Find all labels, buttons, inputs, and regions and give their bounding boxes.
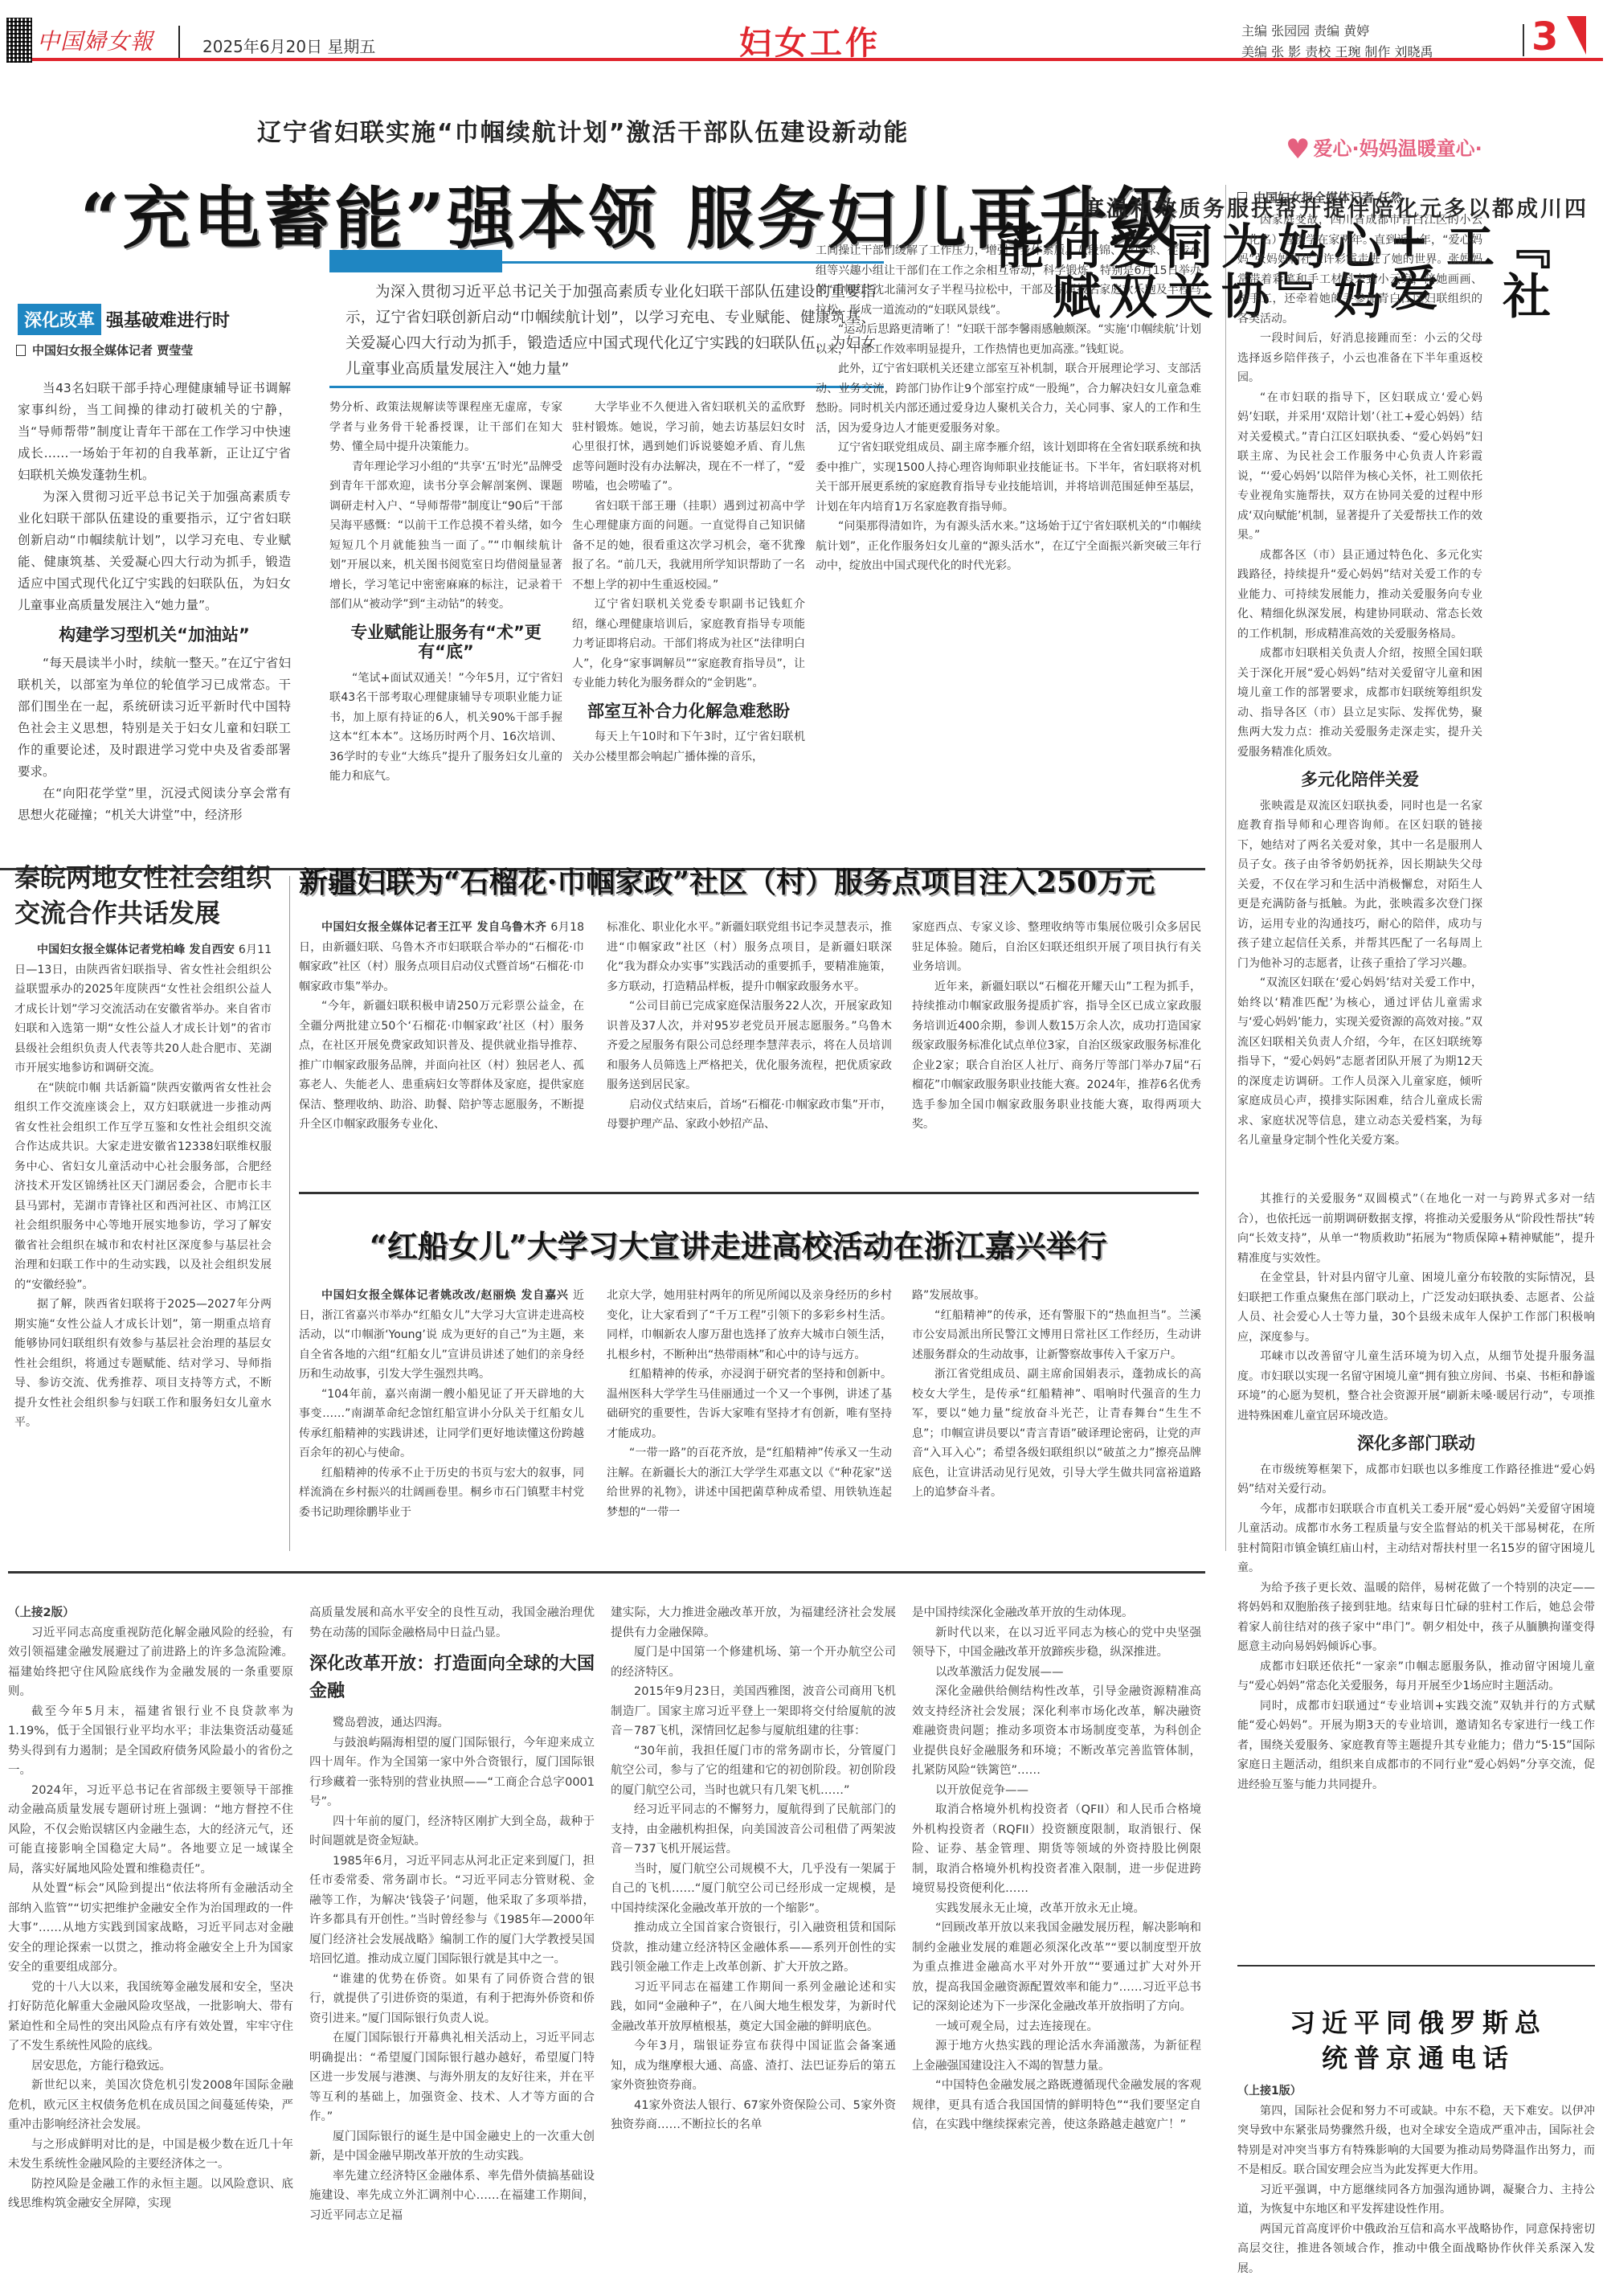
paragraph: 一域可观全局，过去连接现在。 bbox=[912, 2017, 1201, 2037]
paragraph: “谁建的优势在侨资。如果有了同侨资合营的银行，就提供了引进侨资的渠道，有利于把海… bbox=[309, 1970, 595, 2029]
tag-text: 强基破难进行时 bbox=[106, 307, 230, 332]
paragraph: 成都市妇联还依托“一家亲”巾帼志愿服务队，推动留守困境儿童与“爱心妈妈”常态化关… bbox=[1237, 1657, 1595, 1696]
paragraph: 从处置“标会”风险到提出“依法将所有金融活动全部纳入监管”“切实把维护金融安全作… bbox=[8, 1879, 293, 1978]
paragraph: 今年3月，瑞银证券宣布获得中国证监会备案通知，成为继摩根大通、高盛、渣打、法巴证… bbox=[611, 2036, 896, 2096]
paragraph: “笔试+面试双通关！”今年5月，辽宁省妇联43名干部考取心理健康辅导专项职业能力… bbox=[329, 669, 562, 787]
paragraph: “中国特色金融发展之路既遵循现代金融发展的客观规律，更具有适合我国国情的鲜明特色… bbox=[912, 2076, 1201, 2135]
paragraph: 防控风险是金融工作的永恒主题。以风险意识、底线思维构筑金融安全屏障，实现 bbox=[8, 2175, 293, 2214]
byline-box-icon bbox=[16, 345, 26, 356]
credits-line-1: 主编 张园园 责编 黄婷 bbox=[1241, 21, 1433, 42]
paragraph: 以开放促竞争—— bbox=[912, 1781, 1201, 1801]
column-tag: 深化改革强基破难进行时 bbox=[18, 304, 230, 335]
paragraph: 据了解，陕西省妇联将于2025—2027年分两期实施“女性公益人才成长计划”，第… bbox=[14, 1295, 272, 1433]
paragraph: 新世纪以来，美国次贷危机引发2008年国际金融危机，欧元区主权债务危机在成员国之… bbox=[8, 2076, 293, 2135]
paragraph: 家庭西点、专家义诊、整理收纳等市集展位吸引众多居民驻足体验。随后，自治区妇联还组… bbox=[912, 918, 1201, 977]
paragraph: 与之形成鲜明对比的是，中国是极少数在近几十年未发生系统性金融风险的主要经济体之一… bbox=[8, 2135, 293, 2175]
paragraph: “双流区妇联在‘爱心妈妈’结对关爱工作中，始终以‘精准匹配’为核心，通过评估儿童… bbox=[1237, 973, 1482, 1151]
paragraph: 路”发展故事。 bbox=[912, 1286, 1201, 1306]
vertical-title: 『社工+爱心妈妈』为协同关爱双向赋能 bbox=[1495, 221, 1551, 321]
subhead: 构建学习型机关“加油站” bbox=[18, 624, 291, 646]
logo-divider bbox=[178, 26, 180, 58]
paragraph: “30年前，我担任厦门市的常务副市长，分管厦门航空公司，参与了它的组建和它的初创… bbox=[611, 1741, 896, 1801]
paragraph: 为给予孩子更长效、温暖的陪伴，易树花做了一个特别的决定——将妈妈和双胞胎孩子接到… bbox=[1237, 1578, 1595, 1657]
column-divider bbox=[289, 876, 290, 1551]
paragraph: 实践发展永无止境，改革开放永无止境。 bbox=[912, 1899, 1201, 1919]
subhead: 专业赋能让服务有“术”更有“底” bbox=[329, 623, 562, 662]
paragraph: 厦门是中国第一个修建机场、第一个开办航空公司的经济特区。 bbox=[611, 1643, 896, 1682]
paragraph: 深化金融供给侧结构性改革，引导金融资源精准高效支持经济社会发展；深化利率市场化改… bbox=[912, 1682, 1201, 1781]
paragraph: 同时，成都市妇联通过“专业培训+实践交流”双轨并行的方式赋能“爱心妈妈”。开展为… bbox=[1237, 1696, 1595, 1795]
paragraph: 北京大学，她用驻村两年的所见所闻以及亲身经历的乡村变化，让大家看到了“千万工程”… bbox=[607, 1286, 892, 1365]
paragraph: “问渠那得清如许，为有源头活水来。”这场始于辽宁省妇联机关的“巾帼续航计划”，正… bbox=[816, 517, 1201, 576]
aixin-body-continued: 其推行的关爱服务“双圆模式”（在地化一对一与跨界式多对一结合），也依托远一前期调… bbox=[1237, 1189, 1595, 1961]
subhead: 深化改革开放：打造面向全球的大国金融 bbox=[309, 1651, 595, 1705]
hongchuan-column-3: 路”发展故事。 “红船精神”的传承，还有警服下的“热血担当”。兰溪市公安局派出所… bbox=[912, 1286, 1201, 1551]
paragraph: 近年来，新疆妇联以“石榴花开耀天山”工程为抓手，持续推动巾帼家政服务提质扩容，指… bbox=[912, 977, 1201, 1135]
paragraph: 建实际，大力推进金融改革开放，为福建经济社会发展提供有力金融保障。 bbox=[611, 1603, 896, 1643]
lead-column-2: 势分析、政策法规解读等课程座无虚席，专家学者与业务骨干轮番授课，让干部们在知大势… bbox=[329, 398, 562, 840]
paragraph: 6月11日—13日，由陕西省妇联指导、省女性社会组织公益联盟承办的2025年度陕… bbox=[14, 943, 272, 1074]
dateline: 中国妇女报全媒体记者王江平 发自乌鲁木齐 bbox=[321, 921, 546, 934]
paragraph: “在市妇联的指导下，区妇联成立‘爱心妈妈’妇联，并采用‘双陪计划’（社工+爱心妈… bbox=[1237, 388, 1482, 546]
paragraph: 是中国持续深化金融改革开放的生动体现。 bbox=[912, 1603, 1201, 1623]
paragraph: 红船精神的传承不止于历史的书页与宏大的叙事，同样流淌在乡村振兴的壮阔画卷里。桐乡… bbox=[299, 1463, 584, 1523]
paragraph: 在“向阳花学堂”里，沉浸式阅读分享会常有思想火花碰撞；“机关大讲堂”中，经济形 bbox=[18, 783, 291, 826]
paragraph: 邛崃市以改善留守儿童生活环境为切入点，从细节处提升服务温度。市妇联以实现一名留守… bbox=[1237, 1347, 1595, 1426]
paragraph: 成都市妇联相关负责人介绍，按照全国妇联关于深化开展“爱心妈妈”结对关爱留守儿童和… bbox=[1237, 644, 1482, 762]
paragraph: 以改革激活力促发展—— bbox=[912, 1663, 1201, 1683]
subhead: 深化多部门联动 bbox=[1237, 1434, 1595, 1454]
paragraph: 在“陕皖巾帼 共话新篇”陕西安徽两省女性社会组织工作交流座谈会上，双方妇联就进一… bbox=[14, 1078, 272, 1295]
paragraph: 居安思危，方能行稳致远。 bbox=[8, 2057, 293, 2077]
logo-text: 爱心·妈妈温暖童心· bbox=[1313, 137, 1482, 160]
finance-column-2: 高质量发展和高水平安全的良性互动，我国金融治理优势在动荡的国际金融格局中日益凸显… bbox=[309, 1603, 595, 2294]
paragraph: 红船精神的传承，亦浸润于研究者的坚持和创新中。温州医科大学学生马佳丽通过一个又一… bbox=[607, 1365, 892, 1443]
paragraph: 1985年6月，习近平同志从河北正定来到厦门，担任市委常委、常务副市长。“习近平… bbox=[309, 1852, 595, 1970]
hongchuan-column-1: 中国妇女报全媒体记者姚改改/赵丽焕 发自嘉兴 近日，浙江省嘉兴市举办“红船女儿”… bbox=[299, 1286, 584, 1551]
continued-label: （上接1版） bbox=[1237, 2085, 1302, 2098]
subhead: 部室互补合力化解急难愁盼 bbox=[572, 702, 805, 722]
xiputin-body: （上接1版） 第四，国际社会促和努力不可或缺。中东不稳，天下难安。以伊冲突导致中… bbox=[1237, 2081, 1595, 2290]
paragraph: 每天上午10时和下午3时，辽宁省妇联机关办公楼里都会响起广播体操的音乐， bbox=[572, 727, 805, 767]
intro-bar-bottom bbox=[329, 386, 884, 388]
byline-text: 中国妇女报全媒体记者 贾莹莹 bbox=[32, 343, 193, 358]
paragraph: 近日，浙江省嘉兴市举办“红船女儿”大学习大宣讲走进高校活动，以“巾帼浙‘Youn… bbox=[299, 1289, 584, 1381]
aixin-mama-logo: ♥爱心·妈妈温暖童心· bbox=[1286, 133, 1482, 166]
paragraph: 青年理论学习小组的“共享‘五’时光”品牌受到青年干部欢迎，读书分享会解剖案例、课… bbox=[329, 457, 562, 615]
xiputin-headline[interactable]: 习近平同俄罗斯总统普京通电话 bbox=[1286, 2005, 1551, 2076]
masthead-rule bbox=[32, 58, 1603, 61]
paragraph: 成都各区（市）县正通过特色化、多元化实践路径，持续提升“爱心妈妈”结对关爱工作的… bbox=[1237, 546, 1482, 645]
lead-intro: 为深入贯彻习近平总书记关于加强高素质专业化妇联干部队伍建设的重要指示，辽宁省妇联… bbox=[346, 280, 876, 383]
paragraph: 启动仪式结束后，首场“石榴花·巾帼家政市集”开市，母婴护理产品、家政小妙招产品、 bbox=[607, 1095, 892, 1135]
paragraph: 2015年9月23日，美国西雅图，波音公司商用飞机制造厂。国家主席习近平登上一架… bbox=[611, 1682, 896, 1741]
paragraph: 此外，辽宁省妇联机关还建立部室互补机制，联合开展理论学习、支部活动、业务交流，跨… bbox=[816, 359, 1201, 438]
paragraph: 因家庭变故，四川省成都市青白江区的小云（化名）曾辍学在家两年。直到近一年，“爱心… bbox=[1237, 211, 1482, 329]
paragraph: 四十年前的厦门，经济特区刚扩大到全岛，裁种于时间题就是资金短缺。 bbox=[309, 1812, 595, 1852]
paragraph: “回顾改革开放以来我国金融发展历程，解决影响和制约金融业发展的难题必须深化改革”… bbox=[912, 1918, 1201, 2017]
continued-label: （上接2版） bbox=[8, 1606, 75, 1619]
paragraph: 截至今年5月末，福建省银行业不良贷款率为1.19%，低于全国银行业平均水平；非法… bbox=[8, 1702, 293, 1781]
xinjiang-headline[interactable]: 新疆妇联为“石榴花·巾帼家政”社区（村）服务点项目注入250万元 bbox=[299, 860, 1199, 901]
xinjiang-column-1: 中国妇女报全媒体记者王江平 发自乌鲁木齐 6月18日，由新疆妇联、乌鲁木齐市妇联… bbox=[299, 918, 584, 1183]
paragraph: 习近平强调，中方愿继续同各方加强沟通协调，凝聚合力、主持公道，为恢复中东地区和平… bbox=[1237, 2180, 1595, 2220]
paragraph: 率先建立经济特区金融体系、率先借外债搞基础设施建设、率先成立外汇调剂中心……在福… bbox=[309, 2167, 595, 2226]
page-number: 3 bbox=[1531, 14, 1558, 59]
paragraph: 习近平同志高度重视防范化解金融风险的经验，有效引领福建金融发展避过了前进路上的许… bbox=[8, 1623, 293, 1702]
lead-column-3: 大学毕业不久便进入省妇联机关的孟欣野驻村锻炼。她说，学习前，她去访基层妇女时心里… bbox=[572, 398, 805, 840]
intro-bar bbox=[329, 261, 884, 264]
vertical-subtitle: 四川成都以多元化陪伴提升帮扶服务质效和温度 bbox=[1559, 197, 1585, 221]
paragraph: “一带一路”的百花齐放，是“红船精神”传承又一生动注解。在新疆长大的浙江大学学生… bbox=[607, 1443, 892, 1522]
paragraph: 在市级统筹框架下，成都市妇联也以多维度工作路径推进“爱心妈妈”结对关爱行动。 bbox=[1237, 1460, 1595, 1500]
paragraph: 鹭岛碧波，通达四海。 bbox=[309, 1713, 595, 1733]
corner-triangle-icon bbox=[1567, 16, 1586, 55]
paragraph: 2024年，习近平总书记在省部级主要领导干部推动金融高质量发展专题研讨班上强调：… bbox=[8, 1781, 293, 1880]
paragraph: 经习近平同志的不懈努力，厦航得到了民航部门的支持，由金融机构担保，向美国波音公司… bbox=[611, 1800, 896, 1860]
tag-label: 深化改革 bbox=[18, 304, 101, 335]
paragraph: 在金堂县，针对县内留守儿童、困境儿童分布较散的实际情况，县妇联把工作重点聚焦在部… bbox=[1237, 1268, 1595, 1347]
section-rule bbox=[299, 1192, 1199, 1194]
hongchuan-headline[interactable]: “红船女儿”大学习大宣讲走进高校活动在浙江嘉兴举行 bbox=[370, 1222, 1189, 1266]
paragraph: 推动成立全国首家合资银行，引入融资租赁和国际贷款，推动建立经济特区金融体系——系… bbox=[611, 1918, 896, 1978]
section-title: 妇女工作 bbox=[739, 18, 881, 63]
column-divider bbox=[1225, 185, 1226, 1551]
paragraph: 源于地方火热实践的理论活水奔涌激荡，为新征程上金融强国建设注入不竭的智慧力量。 bbox=[912, 2036, 1201, 2076]
intro-text: 为深入贯彻习近平总书记关于加强高素质专业化妇联干部队伍建设的重要指示，辽宁省妇联… bbox=[346, 280, 876, 383]
paragraph: 大学毕业不久便进入省妇联机关的孟欣野驻村锻炼。她说，学习前，她去访基层妇女时心里… bbox=[572, 398, 805, 497]
paragraph: 高质量发展和高水平安全的良性互动，我国金融治理优势在动荡的国际金融格局中日益凸显… bbox=[309, 1603, 595, 1643]
paragraph: 在厦门国际银行开幕典礼相关活动上，习近平同志明确提出：“希望厦门国际银行越办越好… bbox=[309, 2028, 595, 2127]
finance-column-1: （上接2版） 习近平同志高度重视防范化解金融风险的经验，有效引领福建金融发展避过… bbox=[8, 1603, 293, 2294]
paragraph: “104年前，嘉兴南湖一艘小船见证了开天辟地的大事变……”南湖革命纪念馆红船宣讲… bbox=[299, 1385, 584, 1463]
qinwan-headline[interactable]: 秦皖两地女性社会组织交流合作共话发展 bbox=[14, 860, 288, 931]
finance-column-4: 是中国持续深化金融改革开放的生动体现。 新时代以来，在以习近平同志为核心的党中央… bbox=[912, 1603, 1201, 2294]
paragraph: 新时代以来，在以习近平同志为核心的党中央坚强领导下，中国金融改革开放蹄疾步稳，纵… bbox=[912, 1623, 1201, 1663]
dateline: 中国妇女报全媒体记者党柏峰 发自西安 bbox=[37, 943, 235, 956]
subhead: 多元化陪伴关爱 bbox=[1237, 770, 1482, 790]
lead-column-1: 当43名妇联干部手持心理健康辅导证书调解家事纠纷，当工间操的律动打破机关的宁静，… bbox=[18, 378, 291, 828]
qinwan-body: 中国妇女报全媒体记者党柏峰 发自西安 6月11日—13日，由陕西省妇联指导、省女… bbox=[14, 940, 272, 1551]
paragraph: 辽宁省妇联党组成员、副主席李雁介绍，该计划即将在全省妇联系统和执委中推广，实现1… bbox=[816, 438, 1201, 517]
paragraph: 张映霞是双流区妇联执委，同时也是一名家庭教育指导师和心理咨询师。在区妇联的链接下… bbox=[1237, 796, 1482, 974]
paragraph: 省妇联干部王珊（挂职）遇到过初高中学生心理健康方面的问题。一直觉得自己知识储备不… bbox=[572, 497, 805, 595]
xinjiang-column-3: 家庭西点、专家义诊、整理收纳等市集展位吸引众多居民驻足体验。随后，自治区妇联还组… bbox=[912, 918, 1201, 1183]
paragraph: 41家外资法人银行、67家外资保险公司、5家外资独资券商……不断拉长的名单 bbox=[611, 2096, 896, 2135]
paragraph: 与鼓浪屿隔海相望的厦门国际银行，今年迎来成立四十周年。作为全国第一家中外合资银行… bbox=[309, 1733, 595, 1812]
paragraph: 势分析、政策法规解读等课程座无虚席，专家学者与业务骨干轮番授课，让干部们在知大势… bbox=[329, 398, 562, 457]
lead-byline: 中国妇女报全媒体记者 贾莹莹 bbox=[16, 342, 193, 358]
section-rule bbox=[8, 1571, 1205, 1574]
editor-credits: 主编 张园园 责编 黄婷 美编 张 影 责校 王琬 制作 刘晓禹 bbox=[1241, 21, 1433, 63]
paragraph: “运动后思路更清晰了！”妇联干部李馨雨感触颇深。“实施‘巾帼续航’计划以来，干部… bbox=[816, 320, 1201, 359]
issue-date: 2025年6月20日 星期五 bbox=[202, 34, 375, 57]
xinjiang-column-2: 标准化、职业化水平。”新疆妇联党组书记李灵慧表示，推进“巾帼家政”社区（村）服务… bbox=[607, 918, 892, 1183]
paragraph: 当时，厦门航空公司规模不大，几乎没有一架属于自己的飞机……“厦门航空公司已经形成… bbox=[611, 1860, 896, 1919]
paragraph: 今年，成都市妇联联合市直机关工委开展“爱心妈妈”关爱留守困境儿童活动。成都市水务… bbox=[1237, 1500, 1595, 1578]
paragraph: 习近平同志在福建工作期间一系列金融论述和实践，如同“金融种子”，在八闽大地生根发… bbox=[611, 1978, 896, 2037]
paragraph: 辽宁省妇联机关党委专职副书记钱虹介绍，继心理健康培训后，家庭教育指导专项能力考证… bbox=[572, 595, 805, 694]
page-number-divider bbox=[1523, 24, 1524, 56]
paragraph: “红船精神”的传承，还有警服下的“热血担当”。兰溪市公安局派出所民警江文博用日常… bbox=[912, 1306, 1201, 1365]
hongchuan-column-2: 北京大学，她用驻村两年的所见所闻以及亲身经历的乡村变化，让大家看到了“千万工程”… bbox=[607, 1286, 892, 1551]
paragraph: “今年，新疆妇联积极申请250万元彩票公益金，在全疆分两批建立50个‘石榴花·巾… bbox=[299, 997, 584, 1135]
heart-icon: ♥ bbox=[1286, 133, 1310, 166]
paragraph: 两国元首高度评价中俄政治互信和高水平战略协作，同意保持密切高层交往，推进各领域合… bbox=[1237, 2220, 1595, 2279]
newspaper-logo: 中国婦女報 bbox=[37, 24, 153, 56]
paragraph: 一段时间后，好消息接踵而至：小云的父母选择返乡陪伴孩子，小云也准备在下半年重返校… bbox=[1237, 329, 1482, 388]
paragraph: 其推行的关爱服务“双圆模式”（在地化一对一与跨界式多对一结合），也依托远一前期调… bbox=[1237, 1189, 1595, 1268]
paragraph: 浙江省党组成员、副主席俞国娟表示，蓬勃成长的高校女大学生，是传承“红船精神”、唱… bbox=[912, 1365, 1201, 1503]
paragraph: “公司目前已完成家庭保洁服务22人次，开展家政知识普及37人次，并对95岁老党员… bbox=[607, 997, 892, 1095]
paragraph: 第四，国际社会促和努力不可或缺。中东不稳，天下难安。以伊冲突导致中东紧张局势骤然… bbox=[1237, 2102, 1595, 2180]
paragraph: 党的十八大以来，我国统筹金融发展和安全，坚决打好防范化解重大金融风险攻坚战，一批… bbox=[8, 1978, 293, 2057]
finance-column-3: 建实际，大力推进金融改革开放，为福建经济社会发展提供有力金融保障。 厦门是中国第… bbox=[611, 1603, 896, 2294]
dateline: 中国妇女报全媒体记者姚改改/赵丽焕 发自嘉兴 bbox=[321, 1289, 569, 1302]
paragraph: 当43名妇联干部手持心理健康辅导证书调解家事纠纷，当工间操的律动打破机关的宁静，… bbox=[18, 378, 291, 486]
paragraph: 标准化、职业化水平。”新疆妇联党组书记李灵慧表示，推进“巾帼家政”社区（村）服务… bbox=[607, 918, 892, 997]
section-rule bbox=[1237, 1965, 1595, 1967]
lead-kicker: 辽宁省妇联实施“巾帼续航计划”激活干部队伍建设新动能 bbox=[257, 113, 909, 148]
paragraph: 厦门国际银行的诞生是中国金融史上的一次重大创新，是中国金融早期改革开放的生动实践… bbox=[309, 2127, 595, 2167]
paragraph: 取消合格境外机构投资者（QFII）和人民币合格境外机构投资者（RQFII）投资额… bbox=[912, 1800, 1201, 1899]
paragraph: “每天晨读半小时，续航一整天。”在辽宁省妇联机关，以部室为单位的轮值学习已成常态… bbox=[18, 653, 291, 783]
paragraph: 为深入贯彻习近平总书记关于加强高素质专业化妇联干部队伍建设的重要指示，辽宁省妇联… bbox=[18, 486, 291, 616]
lead-column-4: 工间操让干部们缓解了工作压力，增强了身体素质。八段锦、乒乓球、徒步小组等兴趣小组… bbox=[816, 241, 1201, 836]
qr-code-icon bbox=[6, 18, 32, 63]
